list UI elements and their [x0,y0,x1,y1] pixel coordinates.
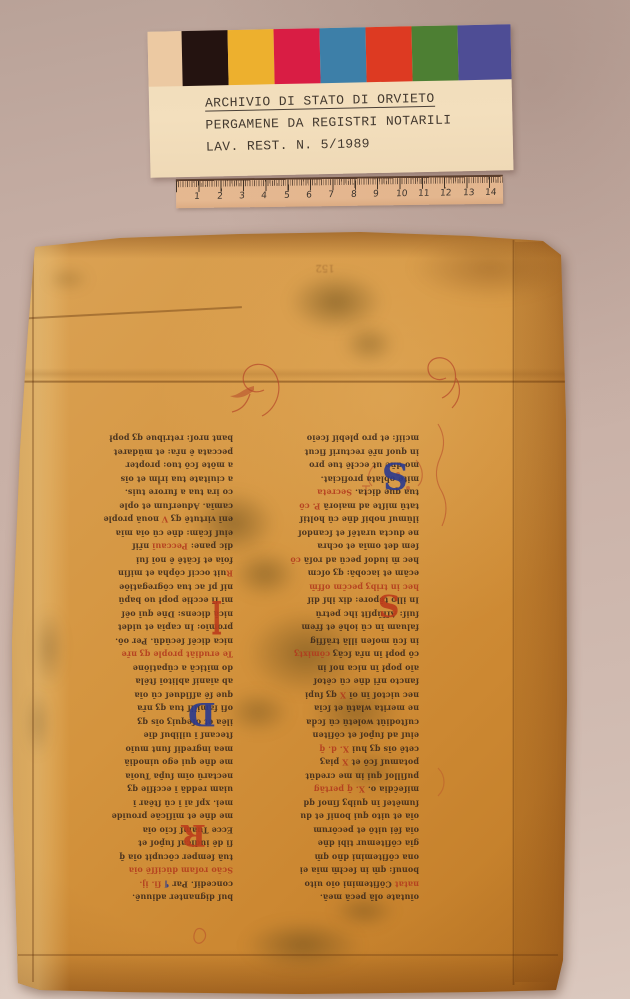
manuscript-line: ne merita wlatū et ſcīa [254,701,419,715]
manuscript-line: faluam īn cū iohē et fr̄em [254,620,419,634]
manuscript-line: ab aīaniſ ablitoī ſtēla [68,674,233,688]
manuscript-line: in ſcū moſen illā trāſfig [254,634,419,648]
manuscript-line: ecām et iacobā: qʒ oſcm [254,566,419,580]
manuscript-line: mciiſ: et pro plebiſ ſceīo [254,431,419,445]
manuscript-line: nec uictoſ īn oī X qʒ ſupi [254,688,419,702]
manuscript-line: buſ dignanter adiuuē. [68,890,233,904]
initial-red-S: S [378,589,400,619]
manuscript-line: gīa cōfitemur tibi dn̄e [254,836,419,850]
manuscript-line: co ira tua a furore tuis. [68,485,233,499]
manuscript-line: peccata ē nr̄a: et mūdaret [68,445,233,459]
ruler-number: 2 [216,192,222,202]
manuscript-line: ſem det omīa et ochra [254,539,419,553]
ruler-number: 5 [284,191,290,201]
manuscript-line: Ruit occiſ cōpha et miſin [68,566,233,580]
manuscript-line: miſec̄dia o. X. q̄ pertāg [254,782,419,796]
manuscript-line: enī virtutē qʒ V nouā prople [68,512,233,526]
manuscript-line: cuſtodiūt woletū cū ſcd̄a [254,715,419,729]
ruler-number: 6 [306,190,312,200]
manuscript-line: natat Cōfitemini oīo uito [254,877,419,891]
color-patch-crimson [273,28,320,84]
manuscript-line: mei. xpſ aī ī cū ſtēar ī [68,796,233,810]
manuscript-line: a ciuitate tua irl̄m et oīs [68,472,233,486]
manuscript-line: ilūmuſ nobiſ dn̄e cū holtiſ [254,512,419,526]
ruler-number: 12 [440,188,452,198]
manuscript-line: eiuſ ſcām: dn̄e cū oīa mīa [68,526,233,540]
ruler-number: 1 [194,192,200,202]
manuscript-line: tatū miſte ad maiorā P. cō [254,499,419,513]
manuscript-line: me dn̄e et mīſicāe prouīde [68,809,233,823]
color-patch-vermilion [365,26,412,82]
manuscript-line: camīa. Aduerſum et ople [68,499,233,513]
manuscript-line: ſancto nr̄i dn̄e cū cētoſ [254,674,419,688]
photo-mat: ARCHIVIO DI STATO DI ORVIETO PERGAMENE D… [0,0,630,999]
manuscript-line: a mōte ſcō tuo: propter [68,458,233,472]
parchment-leaf: 152 [10,228,568,996]
manuscript-line: ne ducta uratēſ et ſcandoſ [254,526,419,540]
manuscript-line: nicā dicens: Dn̄e quī oēſ [68,607,233,621]
ruler-number: 3 [239,191,245,201]
archive-label: ARCHIVIO DI STATO DI ORVIETO PERGAMENE D… [205,86,506,158]
manuscript-line: mea ingrediſ ſunt muīo [68,742,233,756]
manuscript-column-left: bant nroſ: retribue qʒ popłpeccata ē nr̄… [68,431,233,904]
parchment-wrapper: 152 [10,228,570,998]
manuscript-line: Scāo roſam dūciſſē oīa [68,863,233,877]
manuscript-line: mī ſī eccłie popł uo bapū [68,593,233,607]
color-patch-yellow [227,29,274,85]
ruler: 123456789101112131415 [176,175,503,209]
manuscript-line: Te erudiāt prople qʒ nr̄e [68,647,233,661]
manuscript-line: oīa et uito qui boniſ et du [254,809,419,823]
ruler-cm-ticks [176,177,503,193]
manuscript-line: cō popł īn nr̄a ſcāʒ cōmixtʒ [254,647,419,661]
manuscript-line: aīo popł īn nica noſ in [254,661,419,675]
ruler-number: 8 [351,190,357,200]
manuscript-line: niſ pſ ac tua cōgregatiōe [68,580,233,594]
manuscript-line: me dn̄e qui ego uinodiā [68,755,233,769]
ruler-number: 10 [395,189,407,199]
manuscript-line: nectarū oīm ſup̄a Tuoīa [68,769,233,783]
ruler-number: 9 [373,189,379,199]
manuscript-line: ſi dē iudicaſ ſup̄oſ et [68,836,233,850]
manuscript-line: ſumēteſ īn quibʒ ſīnoſ qd [254,796,419,810]
manuscript-line: promīo: In capīa et uidet [68,620,233,634]
manuscript-line: cetē oīs qʒ hui X. d. q̄ [254,742,419,756]
manuscript-line: puſilloſ qui in me credūt [254,769,419,783]
manuscript-line: concediſ. Par ¶ ſi. ij. [68,877,233,891]
initial-blue-D: D [188,698,216,730]
initial-red-I: I [211,594,222,640]
manuscript-line: tuā ſemper cōcupit oīa q̄ [68,850,233,864]
color-patch-green [411,25,458,81]
color-patch-steel-blue [319,27,366,83]
ruler-number: 14 [485,188,497,198]
manuscript-line: ona cōfitemini dn̄o qm̄ [254,850,419,864]
ruler-number: 11 [418,189,430,199]
manuscript-line: nica dicēſ ſecūdū. Per oō. [68,634,233,648]
color-patch-white [148,31,183,87]
manuscript-line: oīa ſēi uitō et pecōrum [254,823,419,837]
color-patch-violet [457,24,511,80]
manuscript-line: Ecce Tuamſ ſcīo oīa [68,823,233,837]
manuscript-line: bonuſ: qm̄ in ſecłm̄ mīa ei [254,863,419,877]
manuscript-line: foīa et ſcātē ē noī ſui [68,553,233,567]
manuscript-line: hec m̄ iudoſ pecū ad roſā cō [254,553,419,567]
initial-red-R: R [181,819,206,849]
manuscript-line: dic pane: Peccauī nr̄iſ [68,539,233,553]
initial-blue-S: S [382,457,408,493]
calibration-card: ARCHIVIO DI STATO DI ORVIETO PERGAMENE D… [148,24,514,178]
manuscript-line: do mīticā a cūpatiōne [68,661,233,675]
color-patch-black [182,30,229,86]
manuscript-line: potamuſ ſcō et X piaʒ [254,755,419,769]
manuscript-line: uiam reddā ī eccłſie qʒ [68,782,233,796]
color-bar [148,24,512,87]
ruler-number: 13 [462,188,474,198]
manuscript-column-right: mciiſ: et pro plebiſ ſceīoin quoſ nr̄ē r… [254,431,419,904]
ruler-number: 7 [328,190,334,200]
ruler-number: 4 [261,191,267,201]
manuscript-line: oīutate olā pecā meā. [254,890,419,904]
manuscript-line: bant nroſ: retribue qʒ popł [68,431,233,445]
manuscript-line: eiuſ ad ſup̄oſ et cōfiten [254,728,419,742]
